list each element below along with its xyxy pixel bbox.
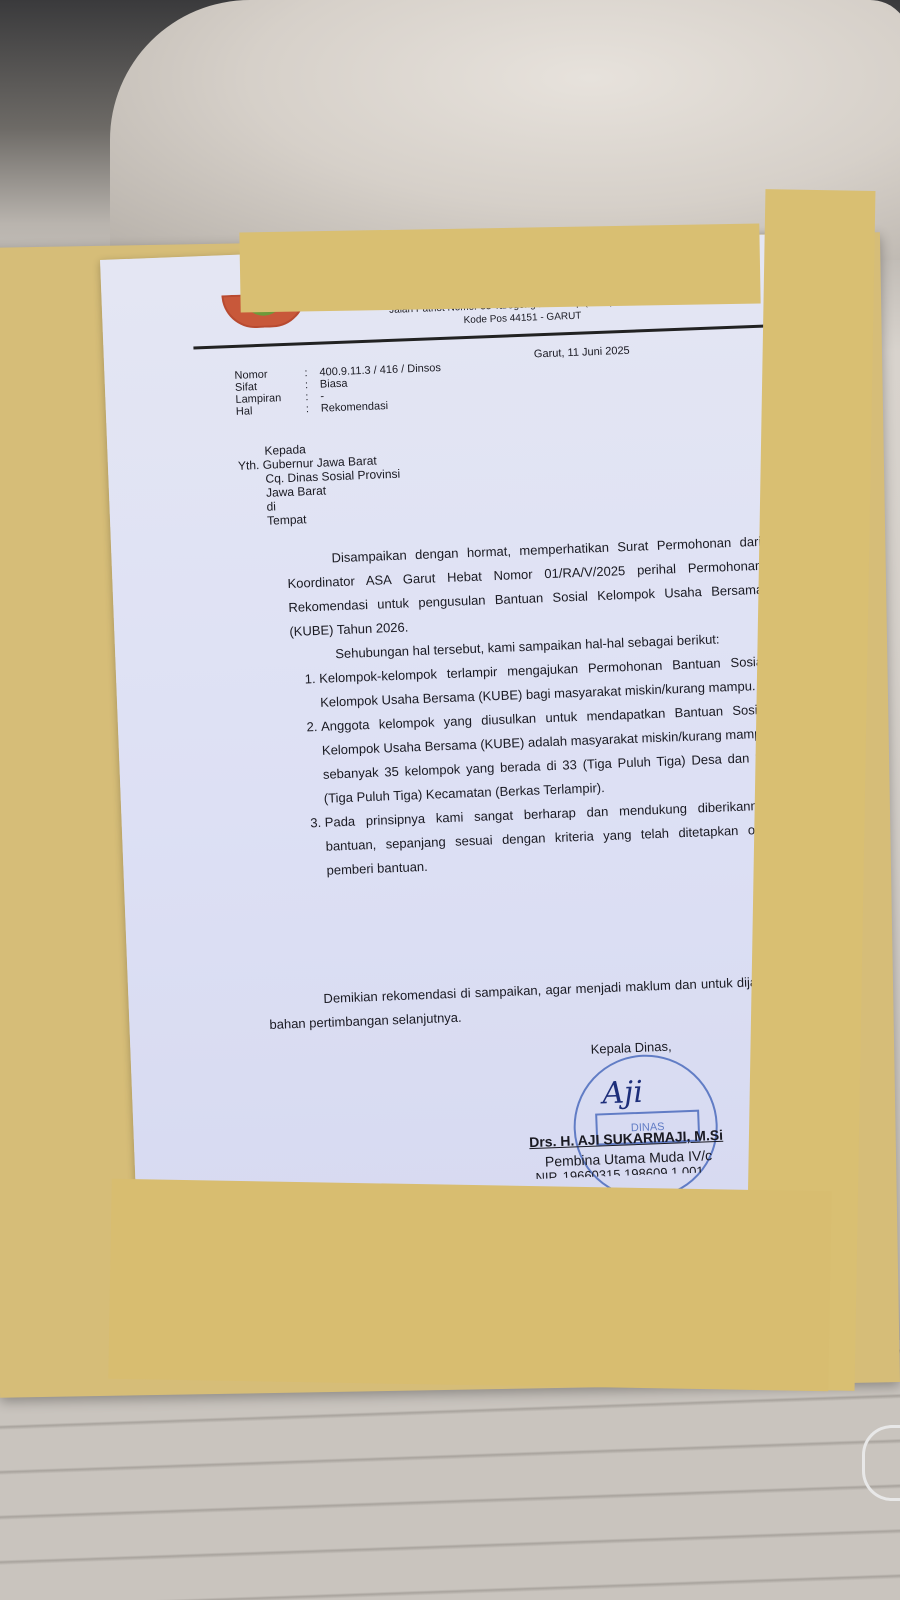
closing-paragraph: Demikian rekomendasi di sampaikan, agar … bbox=[268, 969, 789, 1037]
meta-value: - bbox=[320, 391, 324, 403]
meta-value: Rekomendasi bbox=[321, 400, 389, 415]
meta-value: Biasa bbox=[320, 378, 348, 391]
list-item: Anggota kelompok yang diusulkan untuk me… bbox=[321, 698, 771, 811]
letterhead-divider bbox=[193, 323, 793, 349]
handwritten-signature: Aji bbox=[602, 1075, 644, 1112]
recipient-yth: Yth. bbox=[238, 458, 260, 473]
letter-meta: Nomor: 400.9.11.3 / 416 / Dinsos Sifat: … bbox=[234, 362, 442, 418]
envelope-flap-top bbox=[239, 223, 760, 312]
letter-date: Garut, 11 Juni 2025 bbox=[534, 345, 630, 361]
envelope-flap-bottom bbox=[108, 1179, 831, 1392]
body-list: Kelompok-kelompok terlampir mengajukan P… bbox=[291, 650, 774, 884]
meta-label: Hal bbox=[236, 403, 306, 418]
recipient-block: Kepada Yth. Gubernur Jawa Barat Cq. Dina… bbox=[237, 439, 402, 529]
seat-clip-icon bbox=[862, 1425, 900, 1501]
letter-body: Disampaikan dengan hormat, memperhatikan… bbox=[286, 530, 774, 884]
body-paragraph: Disampaikan dengan hormat, memperhatikan… bbox=[286, 530, 764, 644]
signatory-title: Kepala Dinas, bbox=[590, 1039, 671, 1057]
